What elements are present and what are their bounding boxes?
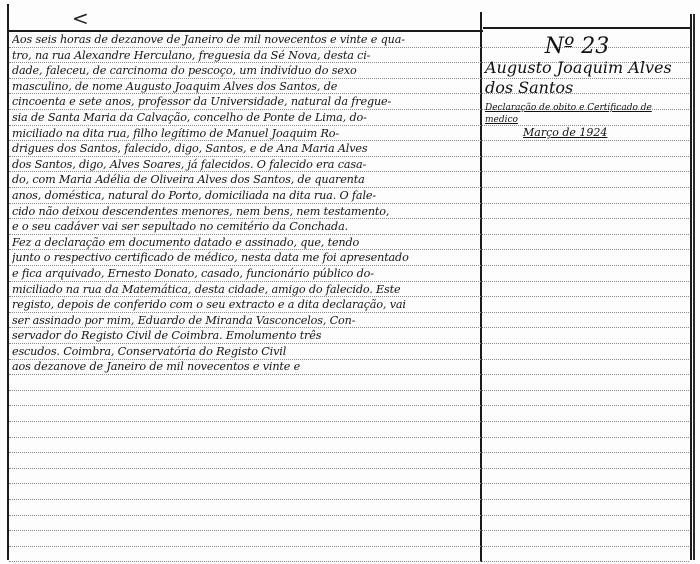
ruled-line [9, 452, 689, 453]
ruled-line [9, 437, 689, 438]
record-text-line: registo, depois de conferido com o seu e… [12, 297, 478, 313]
record-date: Março de 1924 [523, 126, 687, 140]
right-border-rule [690, 14, 692, 560]
record-text-line: Aos seis horas de dezanove de Janeiro de… [12, 32, 478, 48]
record-text-line: junto o respectivo certificado de médico… [12, 250, 478, 266]
ruled-line [9, 468, 689, 469]
registry-number: Nº 23 [467, 34, 687, 60]
ruled-line [9, 546, 689, 547]
ruled-line [9, 405, 689, 406]
record-text-line: servador do Registo Civil de Coimbra. Em… [12, 328, 478, 344]
scanned-record-page: < Aos seis horas de dezanove de Janeiro … [0, 0, 700, 564]
record-body-text: Aos seis horas de dezanove de Janeiro de… [12, 32, 478, 375]
record-text-line: do, com Maria Adélia de Oliveira Alves d… [12, 172, 478, 188]
ruled-line [9, 530, 689, 531]
record-text-line: drigues dos Santos, falecido, digo, Sant… [12, 141, 478, 157]
record-text-line: e o seu cadáver vai ser sepultado no cem… [12, 219, 478, 235]
record-text-line: dos Santos, digo, Alves Soares, já falec… [12, 157, 478, 173]
record-text-line: masculino, de nome Augusto Joaquim Alves… [12, 79, 478, 95]
deceased-name-margin: Augusto Joaquim Alves dos Santos [485, 58, 687, 98]
right-border-rule-double [693, 14, 695, 560]
margin-top-rule [483, 27, 690, 29]
document-description: Declaração de obito e Certificado de med… [485, 102, 687, 126]
ruled-line [9, 483, 689, 484]
ruled-line [9, 561, 689, 562]
record-text-line: ser assinado por mim, Eduardo de Miranda… [12, 313, 478, 329]
record-text-line: miciliado na dita rua, filho legítimo de… [12, 126, 478, 142]
record-text-line: e fica arquivado, Ernesto Donato, casado… [12, 266, 478, 282]
record-text-line: cincoenta e sete anos, professor da Univ… [12, 94, 478, 110]
record-text-line: cido não deixou descendentes menores, ne… [12, 204, 478, 220]
record-text-line: dade, faleceu, de carcinoma do pescoço, … [12, 63, 478, 79]
top-margin-mark: < [72, 6, 89, 30]
record-text-line: tro, na rua Alexandre Herculano, fregues… [12, 48, 478, 64]
deceased-name-line-1: Augusto Joaquim Alves [485, 58, 687, 78]
margin-annotation: Nº 23 Augusto Joaquim Alves dos Santos D… [485, 34, 687, 140]
record-text-line: aos dezanove de Janeiro de mil novecento… [12, 359, 478, 375]
record-text-line: sia de Santa Maria da Calvação, concelho… [12, 110, 478, 126]
ruled-line [9, 515, 689, 516]
ruled-line [9, 390, 689, 391]
record-text-line: miciliado na rua da Matemática, desta ci… [12, 282, 478, 298]
ruled-line [9, 421, 689, 422]
deceased-name-line-2: dos Santos [485, 78, 687, 98]
record-text-line: anos, doméstica, natural do Porto, domic… [12, 188, 478, 204]
record-text-line: Fez a declaração em documento datado e a… [12, 235, 478, 251]
ruled-line [9, 499, 689, 500]
record-text-line: escudos. Coimbra, Conservatória do Regis… [12, 344, 478, 360]
